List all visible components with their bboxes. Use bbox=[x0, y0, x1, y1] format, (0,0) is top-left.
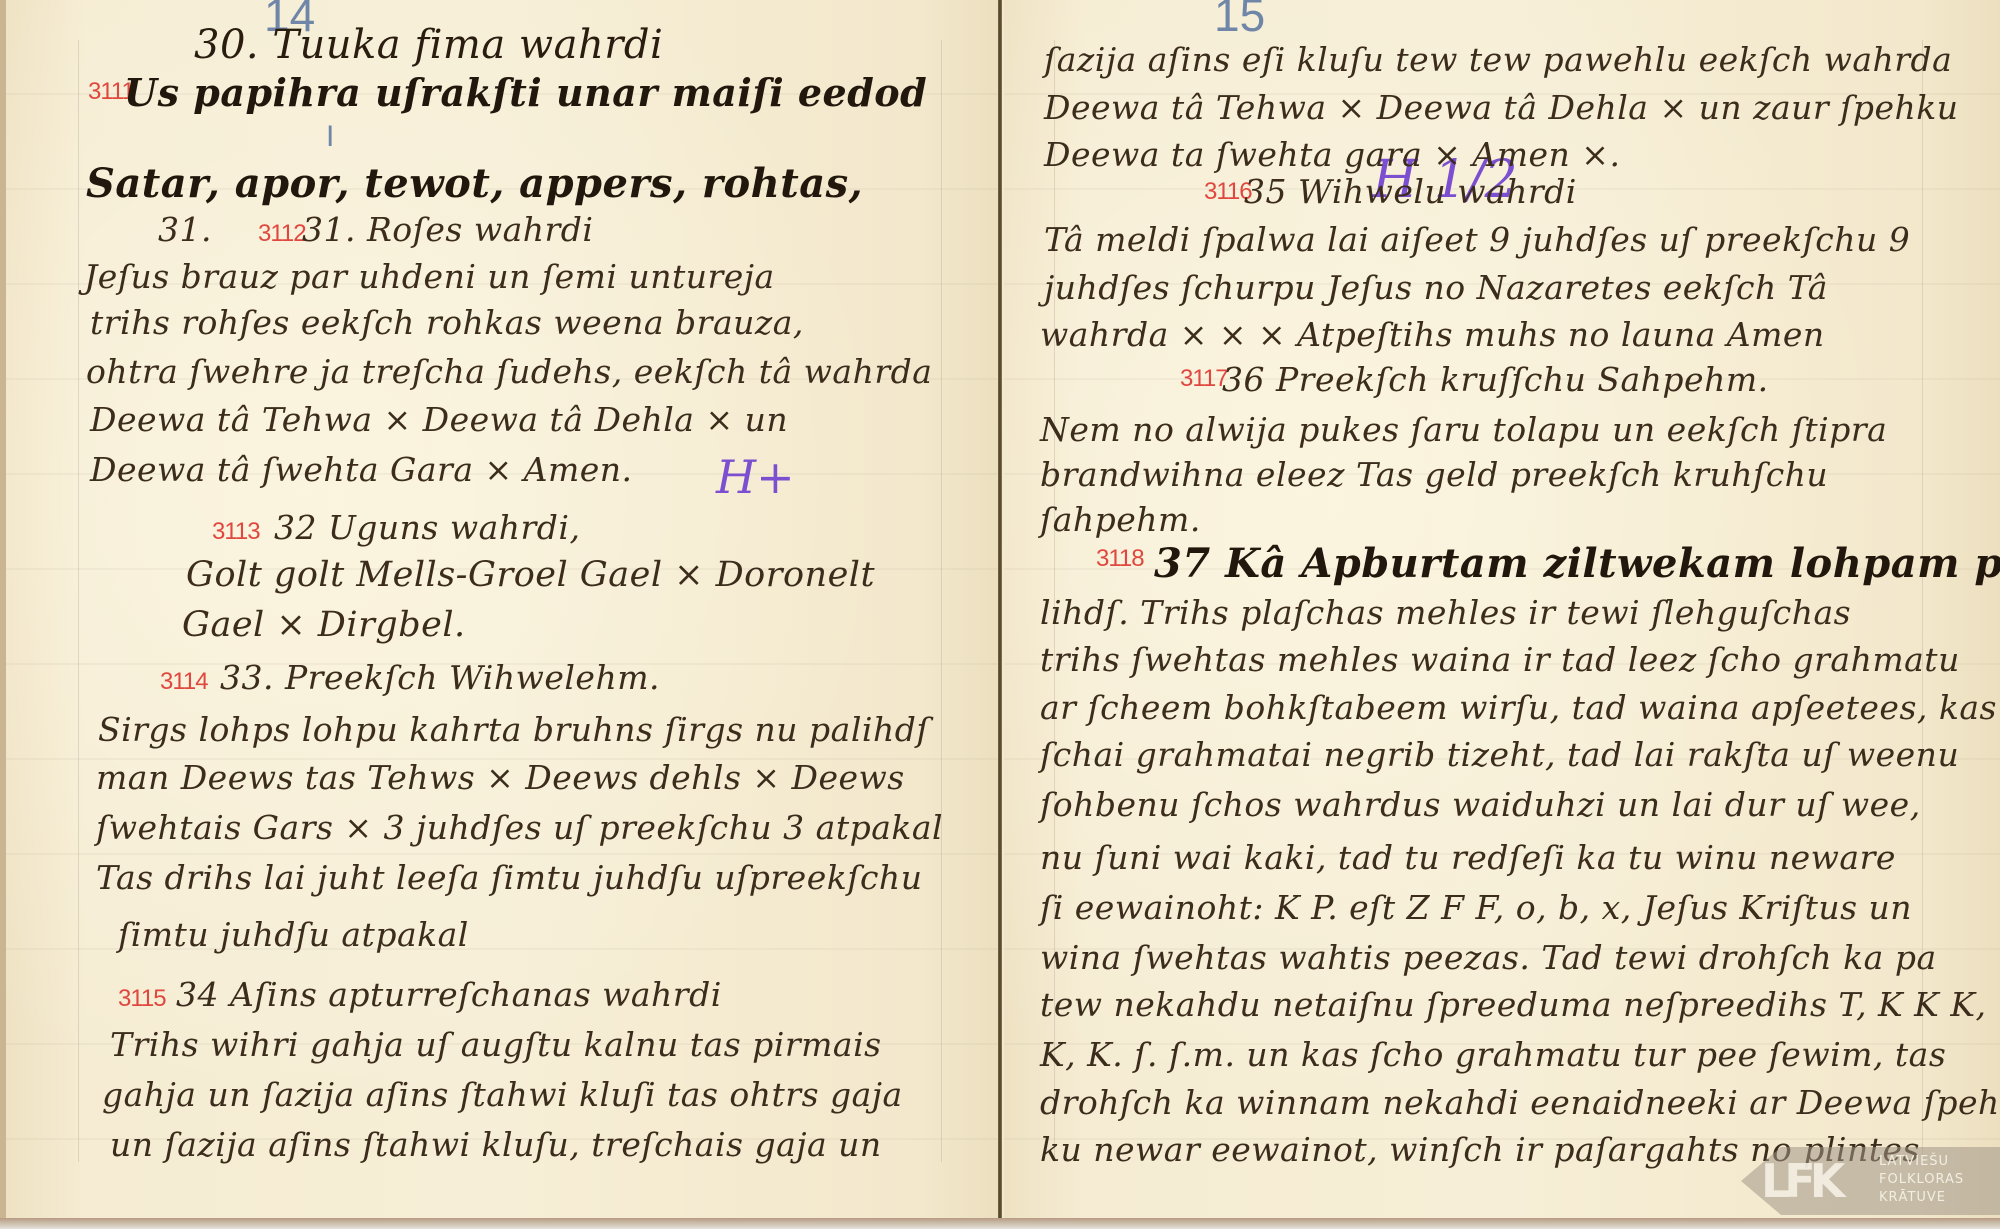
text-line: un ſazija aſins ſtahwi kluſu, treſchais … bbox=[110, 1125, 882, 1164]
text-line: tew nekahdu netaiſnu ſpreeduma neſpreedi… bbox=[1040, 985, 1986, 1024]
text-line: ſazija aſins eſi kluſu tew tew pawehlu e… bbox=[1044, 40, 1952, 79]
text-line: Nem no alwija pukes ſaru tolapu un eekſc… bbox=[1040, 410, 1887, 449]
archive-number: 3118 bbox=[1096, 545, 1144, 573]
text-line: Gael × Dirgbel. bbox=[182, 605, 466, 645]
text-line: ar ſcheem bohkſtabeem wirſu, tad waina a… bbox=[1040, 688, 1997, 727]
watermark-line: LATVIEŠU bbox=[1879, 1153, 1964, 1171]
text-line: drohſch ka winnam nekahdi eenaidneeki ar… bbox=[1040, 1083, 2000, 1122]
text-line: Golt golt Mells-Groel Gael × Doronelt bbox=[186, 555, 875, 595]
text-line: ſohbenu ſchos wahrdus waiduhzi un lai du… bbox=[1040, 785, 1921, 824]
text-line: K, K. ſ. ſ.m. un kas ſcho grahmatu tur p… bbox=[1040, 1035, 1946, 1074]
archive-number: 3114 bbox=[160, 668, 208, 696]
archive-number: 3115 bbox=[118, 985, 166, 1013]
text-line: ſi eewainoht: K P. eſt Z F F, o, b, x, J… bbox=[1040, 888, 1912, 927]
text-line: nu ſuni wai kaki, tad tu redſeſi ka tu w… bbox=[1040, 838, 1896, 877]
purple-grade-mark: H+ bbox=[716, 450, 795, 504]
section-heading: 32 Uguns wahrdi, bbox=[274, 508, 580, 547]
text-line: ſchai grahmatai negrib tizeht, tad lai r… bbox=[1040, 735, 1959, 774]
left-page: 14 I H+ 3111 3112 3113 3114 3115 30. Tuu… bbox=[0, 0, 1000, 1222]
text-line: wahrda × × × Atpeſtihs muhs no launa Ame… bbox=[1040, 315, 1825, 354]
text-line: Deewa tâ ſwehta Gara × Amen. bbox=[90, 450, 633, 489]
text-line: Tas drihs lai juht leeſa ſimtu juhdſu uſ… bbox=[96, 858, 922, 897]
text-line: ſwehtais Gars × 3 juhdſes uſ preekſchu 3… bbox=[96, 808, 943, 847]
watermark-text: LATVIEŠU FOLKLORAS KRĀTUVE bbox=[1879, 1153, 1964, 1207]
page-bottom-edge bbox=[0, 1218, 2000, 1229]
text-line: wina ſwehtas wahtis peezas. Tad tewi dro… bbox=[1040, 938, 1937, 977]
text-line: brandwihna eleez Tas geld preekſch kruhſ… bbox=[1040, 455, 1828, 494]
text-line: Deewa tâ Tehwa × Deewa tâ Dehla × un bbox=[90, 400, 788, 439]
margin-line bbox=[78, 40, 79, 1162]
lfk-watermark: LFK LATVIEŠU FOLKLORAS KRĀTUVE bbox=[1741, 1147, 2000, 1215]
lfk-logo-icon: LFK bbox=[1761, 1155, 1839, 1207]
text-line: lihdſ. Trihs plaſchas mehles ir tewi ſle… bbox=[1040, 593, 1851, 632]
text-line: Jeſus brauz par uhdeni un ſemi untureja bbox=[84, 257, 775, 296]
manuscript-spread: 14 I H+ 3111 3112 3113 3114 3115 30. Tuu… bbox=[0, 0, 2000, 1222]
text-line: Satar, apor, tewot, appers, rohtas, bbox=[86, 160, 863, 207]
text-line: trihs rohſes eekſch rohkas weena brauza, bbox=[90, 303, 804, 342]
section-heading: 30. Tuuka fima wahrdi bbox=[194, 22, 663, 68]
section-heading: 34 Aſins apturreſchanas wahrdi bbox=[176, 975, 722, 1014]
watermark-line: KRĀTUVE bbox=[1879, 1189, 1964, 1207]
section-heading: 37 Kâ Apburtam ziltwekam lohpam pa bbox=[1154, 540, 2000, 587]
text-line: ohtra ſwehre ja treſcha ſudehs, eekſch t… bbox=[86, 352, 932, 391]
pencil-mark: I bbox=[326, 120, 334, 154]
text-line: Us papihra uſrakſti unar maiſi eedod bbox=[124, 70, 927, 115]
text-line: juhdſes ſchurpu Jeſus no Nazaretes eekſc… bbox=[1044, 268, 1828, 307]
text-line: gahja un ſazija aſins ſtahwi kluſi tas o… bbox=[102, 1075, 903, 1114]
section-heading: 33. Preekſch Wihwelehm. bbox=[220, 658, 660, 697]
page-number-pencil: 15 bbox=[1214, 0, 1265, 42]
section-heading: 35 Wihwelu wahrdi bbox=[1244, 172, 1577, 211]
text-line: ſimtu juhdſu atpakal bbox=[118, 915, 469, 954]
book-spine bbox=[998, 0, 1002, 1222]
watermark-line: FOLKLORAS bbox=[1879, 1171, 1964, 1189]
text-line: trihs ſwehtas mehles waina ir tad leez ſ… bbox=[1040, 640, 1960, 679]
text-line: Tâ meldi ſpalwa lai aiſeet 9 juhdſes uſ … bbox=[1044, 220, 1910, 259]
archive-number: 3117 bbox=[1180, 365, 1228, 393]
section-heading: 36 Preekſch kruſſchu Sahpehm. bbox=[1222, 360, 1769, 399]
right-page: 15 H 1/2 3116 3117 3118 ſazija aſins eſi… bbox=[1004, 0, 2000, 1222]
text-line: Sirgs lohps lohpu kahrta bruhns ſirgs nu… bbox=[98, 710, 929, 749]
text-line: Deewa tâ Tehwa × Deewa tâ Dehla × un zau… bbox=[1044, 88, 1959, 127]
text-line: man Deews tas Tehws × Deews dehls × Deew… bbox=[96, 758, 905, 797]
section-heading: 31.31. Roſes wahrdi bbox=[158, 210, 593, 249]
text-line: Trihs wihri gahja uſ augſtu kalnu tas pi… bbox=[110, 1025, 882, 1064]
text-line: ſahpehm. bbox=[1040, 500, 1201, 539]
archive-number: 3113 bbox=[212, 518, 260, 546]
text-line: Deewa ta ſwehta gara × Amen ×. bbox=[1044, 135, 1620, 174]
margin-line bbox=[941, 40, 942, 1162]
